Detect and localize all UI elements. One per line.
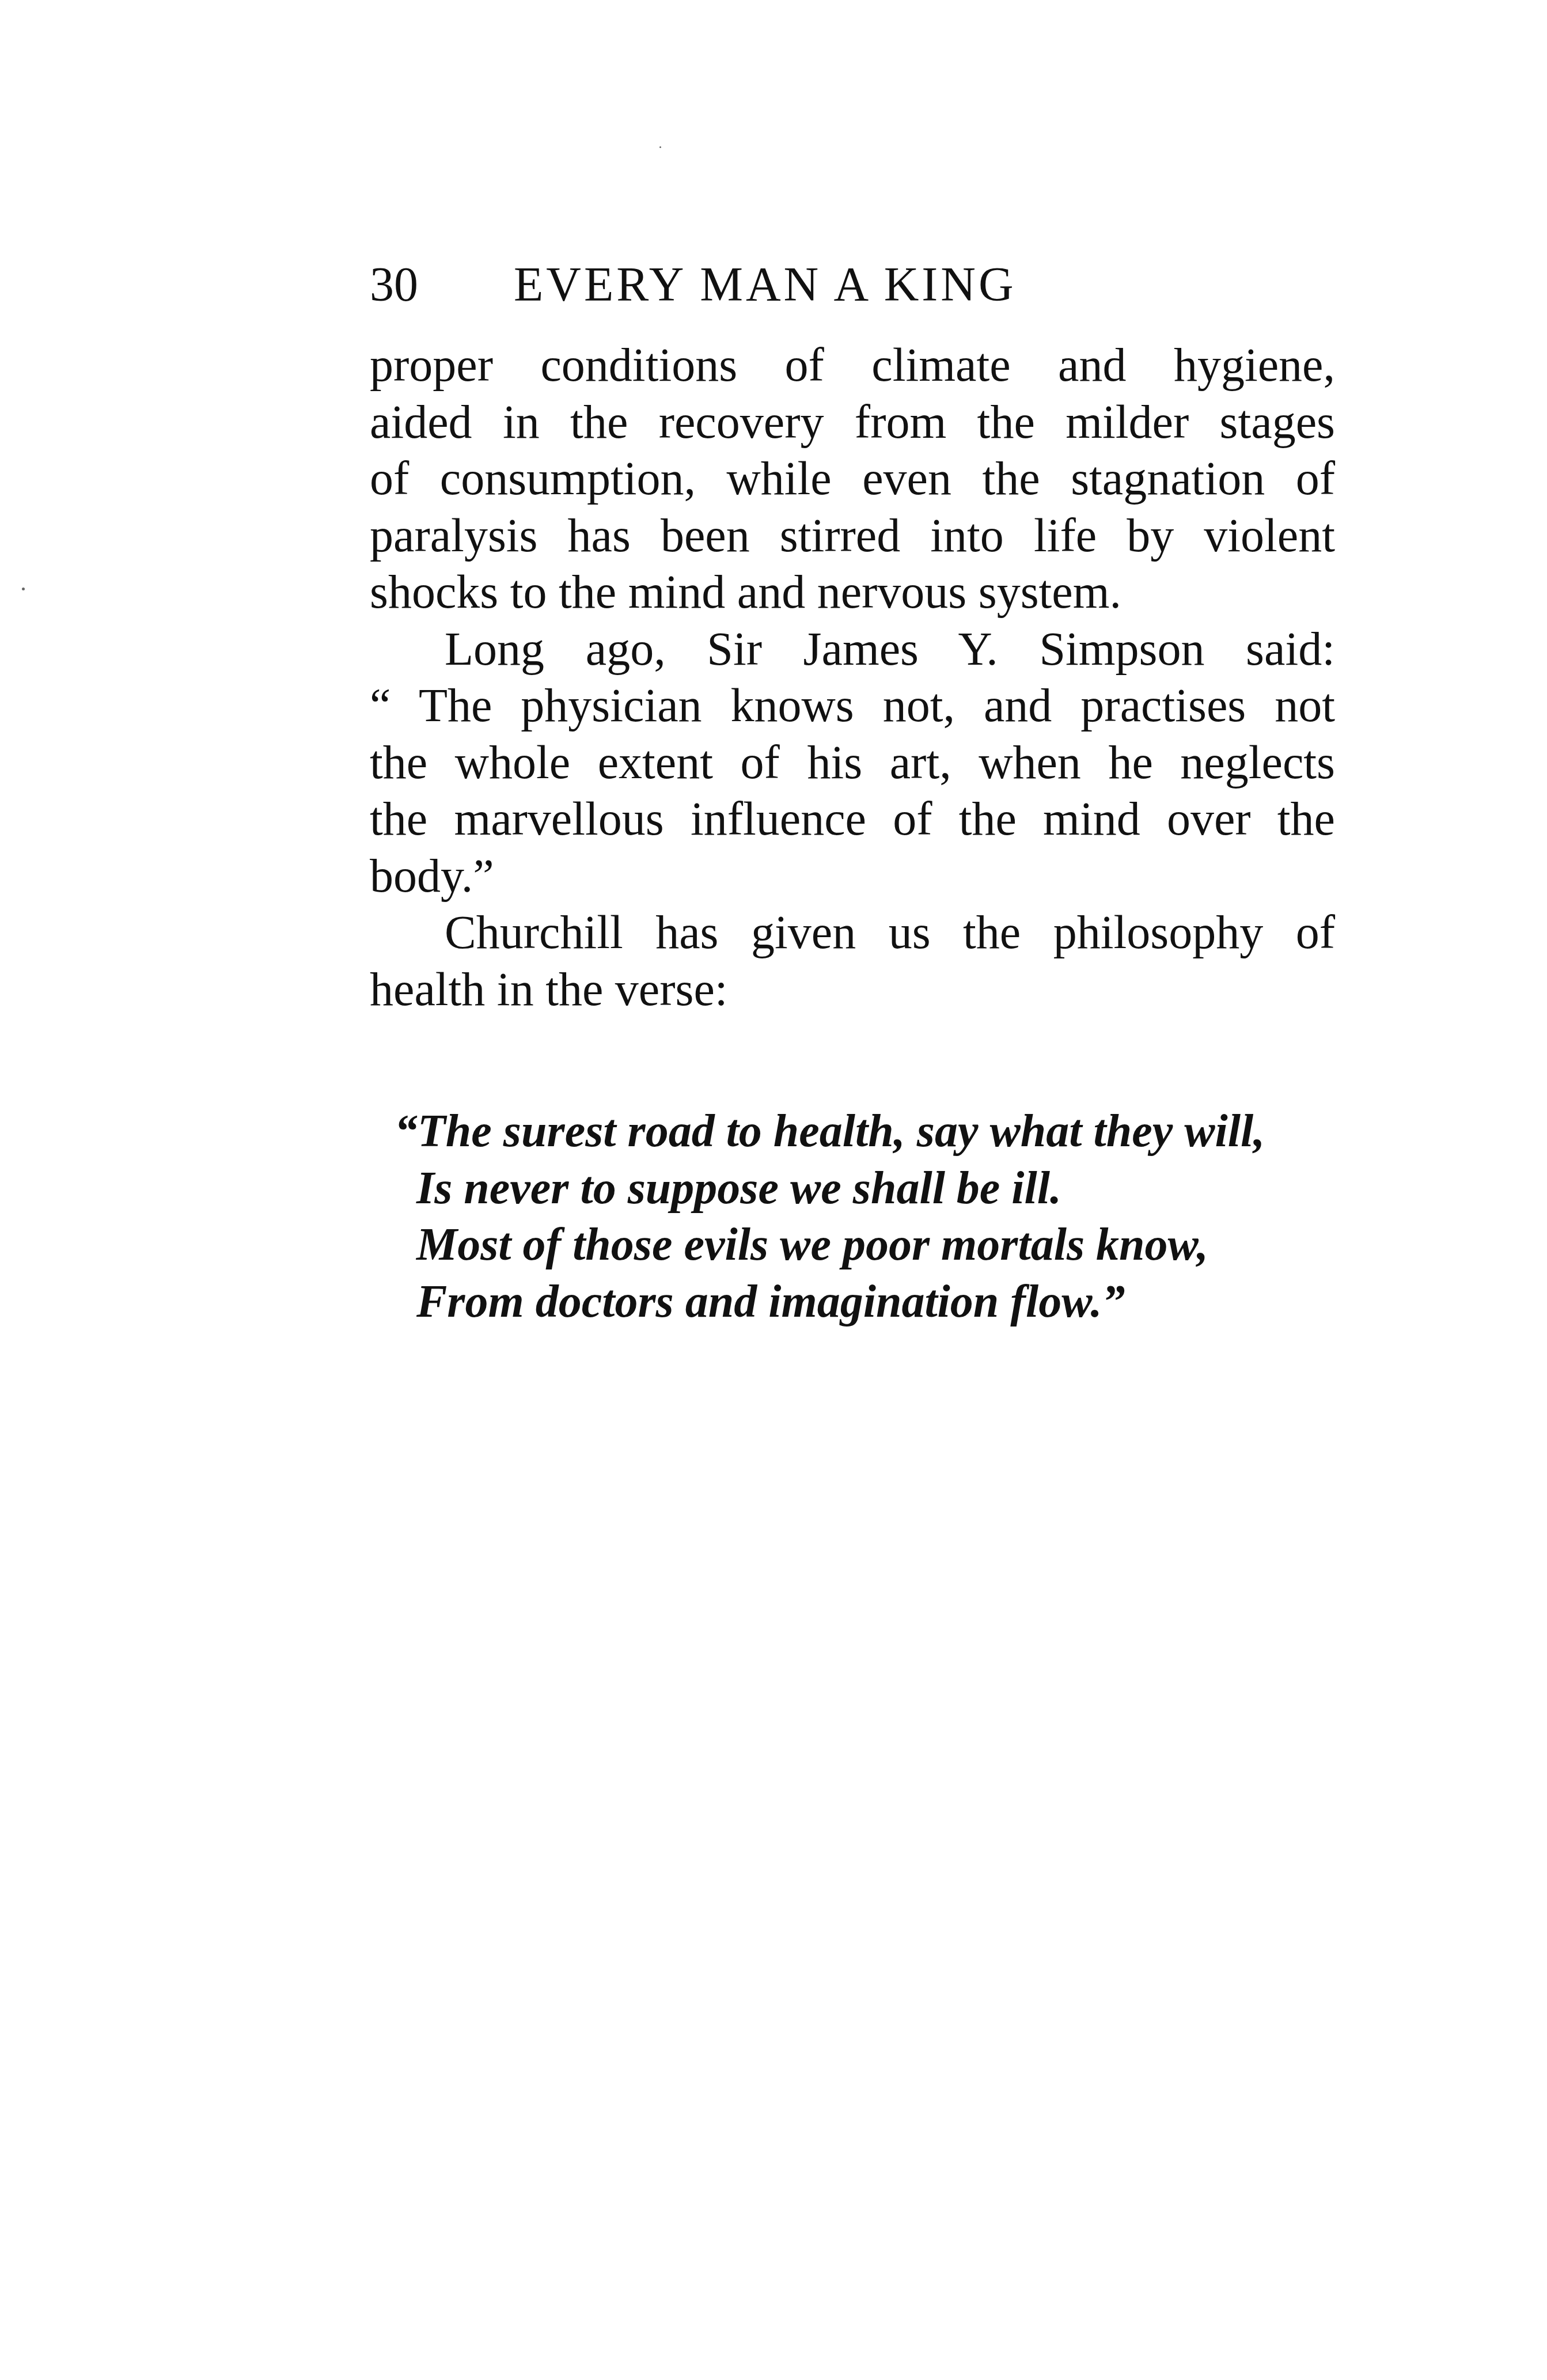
paragraph-2: Long ago, Sir James Y. Simpson said: “ T… <box>370 621 1335 905</box>
text-line: shocks to the mind and nervous system. <box>370 564 1335 621</box>
verse-line: “The surest road to health, say what the… <box>395 1103 1345 1160</box>
verse-quote: “The surest road to health, say what the… <box>395 1103 1345 1330</box>
text-line: the marvellous influence of the mind ove… <box>370 791 1335 848</box>
page-number: 30 <box>370 253 418 317</box>
text-line: body.” <box>370 848 1335 905</box>
text-line: Long ago, Sir James Y. Simpson said: <box>370 621 1335 678</box>
verse-line: Is never to suppose we shall be ill. <box>395 1160 1345 1217</box>
body-text: proper conditions of climate and hygiene… <box>370 337 1335 1018</box>
page-header: 30 EVERY MAN A KING <box>370 253 1335 317</box>
running-head: EVERY MAN A KING <box>514 253 1017 317</box>
text-line: “ The physician knows not, and practises… <box>370 677 1335 734</box>
text-line: health in the verse: <box>370 961 1335 1018</box>
paragraph-3: Churchill has given us the philosophy of… <box>370 904 1335 1018</box>
text-line: proper conditions of climate and hygiene… <box>370 337 1335 394</box>
scan-speck <box>659 146 661 148</box>
verse-line: Most of those evils we poor mortals know… <box>395 1216 1345 1274</box>
text-line: the whole extent of his art, when he neg… <box>370 734 1335 791</box>
text-line: paralysis has been stirred into life by … <box>370 507 1335 564</box>
text-line: of consumption, while even the stagnatio… <box>370 450 1335 507</box>
text-line: aided in the recovery from the milder st… <box>370 394 1335 451</box>
verse-line: From doctors and imagination flow.” <box>395 1274 1345 1331</box>
paragraph-1: proper conditions of climate and hygiene… <box>370 337 1335 621</box>
scan-speck <box>22 588 25 590</box>
text-line: Churchill has given us the philosophy of <box>370 904 1335 961</box>
